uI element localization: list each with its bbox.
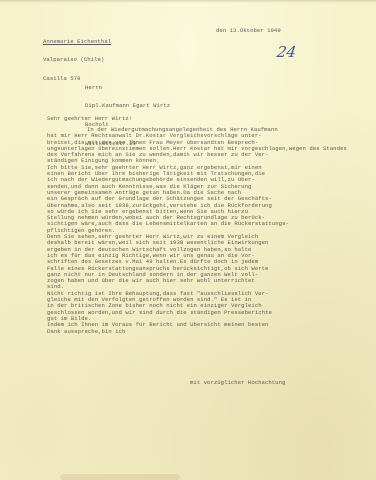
- paper-top-edge: [0, 0, 376, 3]
- closing-regards: mit vorzüglicher Hochachtung: [190, 380, 285, 386]
- paper-stain: [60, 474, 180, 480]
- recipient-name: Dipl.Kaufmann Egart Wirtz: [85, 103, 170, 109]
- handwritten-page-number: 24: [276, 43, 298, 61]
- letter-body: In der Wiedergutmachungsangelegenheit de…: [47, 127, 367, 335]
- sender-name: Annemarie Eichenthal: [43, 39, 111, 45]
- recipient-salutation-line: Herrn: [85, 85, 170, 91]
- letter-date: den 13.Oktober 1949: [216, 28, 281, 34]
- body-line: Dank ausspreche,bin ich: [47, 329, 367, 335]
- sender-city: Valparaiso (Chile): [43, 57, 111, 63]
- salutation: Sehr geehrter Herr Wirtz!: [47, 116, 132, 122]
